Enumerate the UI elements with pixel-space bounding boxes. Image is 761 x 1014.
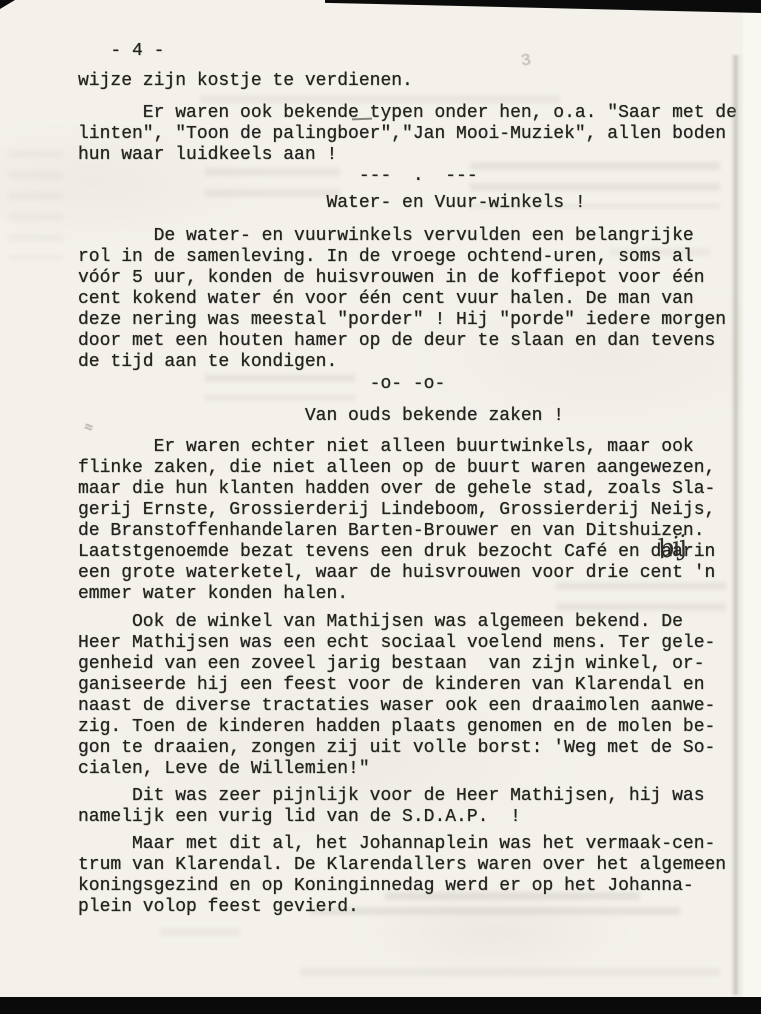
- text-line: Heer Mathijsen was een echt sociaal voel…: [78, 633, 761, 654]
- paragraph: Er waren echter niet alleen buurtwinkels…: [78, 437, 761, 605]
- text-line: plein volop feest gevierd.: [78, 897, 761, 918]
- text-line: ganiseerde hij een feest voor de kindere…: [78, 675, 761, 696]
- text-line: Van ouds bekende zaken !: [78, 406, 761, 427]
- page-right-edge: [743, 10, 761, 998]
- text-line: Maar met dit al, het Johannaplein was he…: [78, 834, 761, 855]
- text-line: gerij Ernste, Grossierderij Lindeboom, G…: [78, 500, 761, 521]
- section-divider: -o- -o-: [78, 374, 761, 395]
- text-line: naast de diverse tractaties waser ook ee…: [78, 696, 761, 717]
- text-line: een grote waterketel, waar de huisvrouwe…: [78, 563, 761, 584]
- text-line: emmer water konden halen.: [78, 584, 761, 605]
- section-divider: --- . ---: [78, 166, 761, 187]
- text-line: - 4 -: [78, 41, 761, 62]
- text-line: Dit was zeer pijnlijk voor de Heer Mathi…: [78, 786, 761, 807]
- text-line: --- . ---: [78, 166, 761, 187]
- text-line: Er waren echter niet alleen buurtwinkels…: [78, 437, 761, 458]
- text-line: hun waar luidkeels aan !: [78, 145, 761, 166]
- paragraph: Er waren ook bekende typen onder hen, o.…: [78, 103, 761, 166]
- text-line: gon te draaien, zongen zij uit volle bor…: [78, 738, 761, 759]
- paragraph: Ook de winkel van Mathijsen was algemeen…: [78, 612, 761, 780]
- text-line: maar die hun klanten hadden over de gehe…: [78, 479, 761, 500]
- text-line: cialen, Leve de Willemien!": [78, 759, 761, 780]
- text-line: namelijk een vurig lid van de S.D.A.P. !: [78, 807, 761, 828]
- text-line: trum van Klarendal. De Klarendallers war…: [78, 855, 761, 876]
- paragraph: wijze zijn kostje te verdienen.: [78, 71, 761, 92]
- text-line: deze nering was meestal "porder" ! Hij "…: [78, 310, 761, 331]
- text-line: cent kokend water én voor één cent vuur …: [78, 289, 761, 310]
- bleed-through-smudge: [160, 928, 240, 940]
- handwritten-correction: bij: [655, 531, 688, 566]
- text-line: linten", "Toon de palingboer","Jan Mooi-…: [78, 124, 761, 145]
- section-heading: Van ouds bekende zaken !: [78, 406, 761, 427]
- text-line: wijze zijn kostje te verdienen.: [78, 71, 761, 92]
- text-line: genheid van een zoveel jarig bestaan van…: [78, 654, 761, 675]
- text-line: de tijd aan te kondigen.: [78, 352, 761, 373]
- text-line: De water- en vuurwinkels vervulden een b…: [78, 226, 761, 247]
- page-number: - 4 -: [78, 41, 761, 62]
- text-line: door met een houten hamer op de deur te …: [78, 331, 761, 352]
- scanned-page: - 4 -wijze zijn kostje te verdienen. Er …: [0, 0, 761, 1014]
- text-line: Water- en Vuur-winkels !: [78, 193, 761, 214]
- paragraph: De water- en vuurwinkels vervulden een b…: [78, 226, 761, 373]
- text-line: Ook de winkel van Mathijsen was algemeen…: [78, 612, 761, 633]
- text-line: rol in de samenleving. In de vroege ocht…: [78, 247, 761, 268]
- text-line: -o- -o-: [78, 374, 761, 395]
- paragraph: Maar met dit al, het Johannaplein was he…: [78, 834, 761, 918]
- text-line: koningsgezind en op Koninginnedag werd e…: [78, 876, 761, 897]
- scanner-bar-bottom: [0, 997, 761, 1014]
- document-text: - 4 -wijze zijn kostje te verdienen. Er …: [0, 0, 761, 918]
- paragraph: Dit was zeer pijnlijk voor de Heer Mathi…: [78, 786, 761, 828]
- text-line: Er waren ook bekende typen onder hen, o.…: [78, 103, 761, 124]
- bleed-through-smudge: [300, 968, 720, 982]
- text-line: vóór 5 uur, konden de huisvrouwen in de …: [78, 268, 761, 289]
- page-edge-crease: [731, 55, 743, 995]
- text-line: zig. Toen de kinderen hadden plaats geno…: [78, 717, 761, 738]
- text-line: flinke zaken, die niet alleen op de buur…: [78, 458, 761, 479]
- section-heading: Water- en Vuur-winkels !: [78, 193, 761, 214]
